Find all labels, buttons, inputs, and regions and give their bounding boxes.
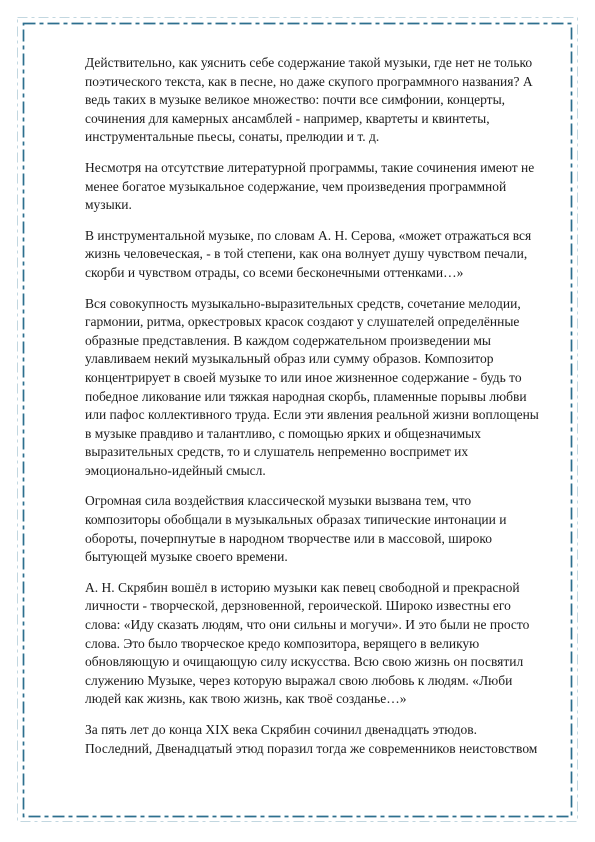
paragraph-7: За пять лет до конца XIX века Скрябин со… <box>85 721 567 758</box>
paragraph-5: Огромная сила воздействия классической м… <box>85 492 567 566</box>
document-page: Действительно, как уяснить себе содержан… <box>0 0 595 842</box>
paragraph-3: В инструментальной музыке, по словам А. … <box>85 227 567 283</box>
paragraph-4: Вся совокупность музыкально-выразительны… <box>85 295 567 481</box>
paragraph-6: А. Н. Скрябин вошёл в историю музыки как… <box>85 579 567 709</box>
paragraph-1: Действительно, как уяснить себе содержан… <box>85 54 567 147</box>
text-body: Действительно, как уяснить себе содержан… <box>85 54 567 770</box>
paragraph-2: Несмотря на отсутствие литературной прог… <box>85 159 567 215</box>
